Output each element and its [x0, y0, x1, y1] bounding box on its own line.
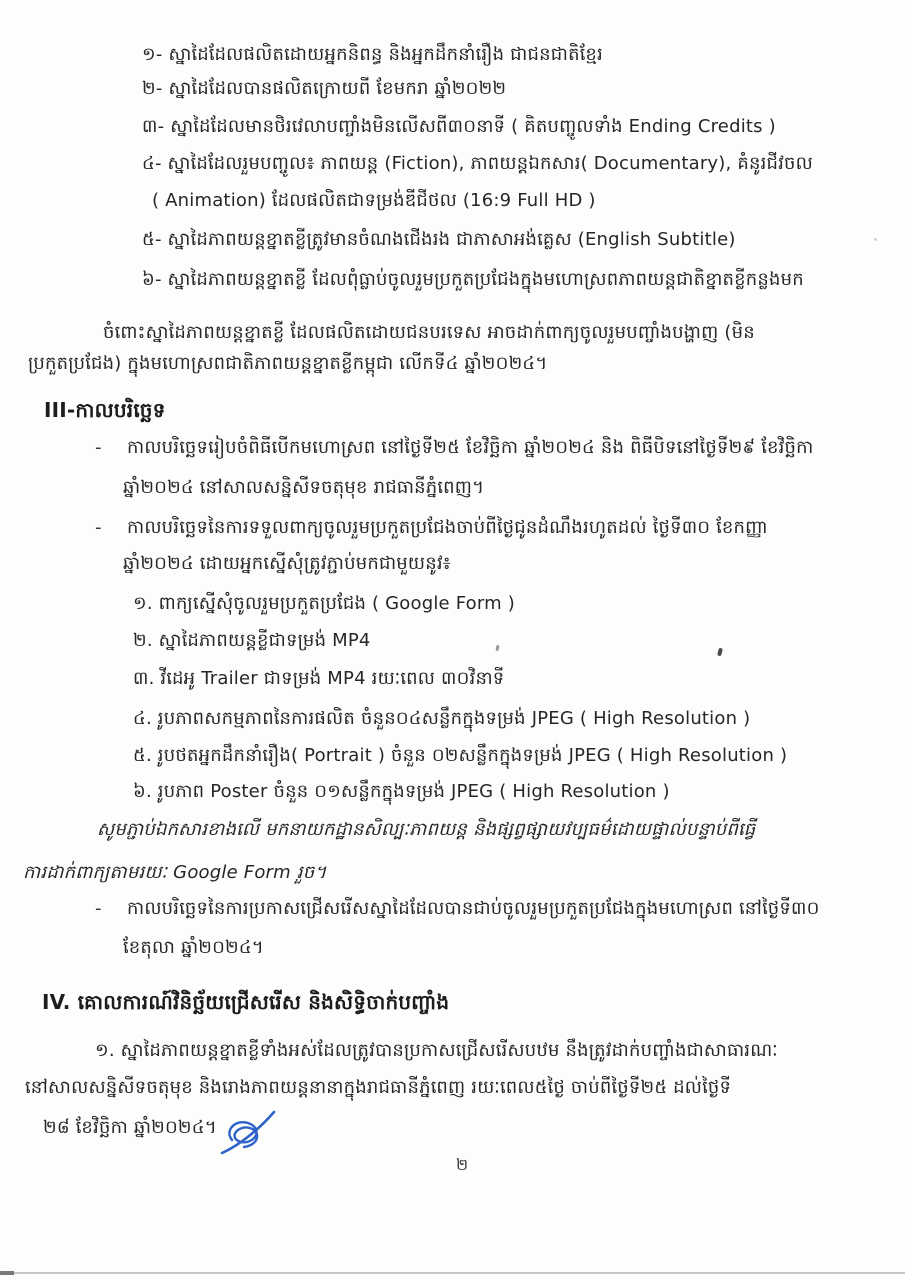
scan-bottom-edge-cap [0, 1271, 14, 1275]
pen-scribble [210, 1106, 282, 1158]
bullet-dash: - [95, 435, 102, 461]
dates-bullet-3-line-1: កាលបរិច្ឆេទនៃការប្រកាសជ្រើសរើសស្នាដៃដែលប… [127, 896, 820, 922]
dates-bullet-2-line-2: ឆ្នាំ២០២៤ ដោយអ្នកស្នើសុំត្រូវភ្ជាប់មកជាម… [123, 551, 451, 577]
scanned-document-page: ១- ស្នាដៃដែលផលិតដោយអ្នកនិពន្ធ និងអ្នកដឹក… [0, 0, 905, 1280]
attachment-item-4: ៤. រូបភាពសកម្មភាពនៃការផលិត ចំនួន០៤សន្លឹក… [133, 706, 750, 732]
attachment-item-1: ១. ពាក្យស្នើសុំចូលរួមប្រកួតប្រជែង ( Goog… [133, 591, 515, 617]
submit-note-line-1: សូមភ្ជាប់ឯកសារខាងលើ មកនាយកដ្ឋានសិល្បៈភាព… [97, 817, 755, 843]
bullet-dash: - [95, 896, 102, 922]
eligibility-item-2: ២- ស្នាដៃដែលបានផលិតក្រោយពី ខែមករា ឆ្នាំ២… [142, 76, 506, 102]
screening-para-line-3: ២៨ ខែវិច្ឆិកា ឆ្នាំ២០២៤។ [43, 1115, 217, 1141]
dates-bullet-3-line-2: ខែតុលា ឆ្នាំ២០២៤។ [123, 935, 264, 961]
attachment-item-3: ៣. វីដេអូ Trailer ជាទម្រង់ MP4 រយៈពេល ៣០… [133, 666, 504, 692]
bullet-dash: - [95, 515, 102, 541]
scan-speck [717, 648, 723, 657]
foreign-note-line-1: ចំពោះស្នាដៃភាពយន្តខ្នាតខ្លី ដែលផលិតដោយជន… [103, 320, 755, 346]
attachment-item-2: ២. ស្នាដៃភាពយន្តខ្លីជាទម្រង់ MP4 [133, 628, 371, 654]
section-iii-heading: III-កាលបរិច្ឆេទ [44, 396, 166, 425]
eligibility-item-6: ៦- ស្នាដៃភាពយន្តខ្នាតខ្លី ដែលពុំធ្លាប់ចូ… [142, 267, 804, 293]
screening-para-line-1: ១. ស្នាដៃភាពយន្តខ្នាតខ្លីទាំងអស់ដែលត្រូវ… [95, 1038, 778, 1064]
eligibility-item-5: ៥- ស្នាដៃភាពយន្តខ្នាតខ្លីត្រូវមានចំណងជើង… [142, 227, 736, 253]
screening-para-line-2: នៅសាលសន្និសីទចតុមុខ និងរោងភាពយន្តនានាក្ន… [25, 1075, 731, 1101]
scan-speck [874, 238, 877, 241]
dates-bullet-2-line-1: កាលបរិច្ឆេទនៃការទទួលពាក្យចូលរួមប្រកួតប្រ… [127, 515, 768, 541]
attachment-item-5: ៥. រូបថតអ្នកដឹកនាំរឿង( Portrait ) ចំនួន … [133, 743, 787, 769]
scan-speck [496, 645, 500, 651]
page-number: ២ [456, 1153, 468, 1176]
foreign-note-line-2: ប្រកួតប្រជែង) ក្នុងមហោស្រពជាតិភាពយន្តខ្ន… [28, 351, 547, 377]
submit-note-line-2: ការដាក់ពាក្យតាមរយៈ Google Form រួច។ [23, 860, 326, 886]
eligibility-item-4-line-2: ( Animation) ដែលផលិតជាទម្រង់ឌីជីថល (16:9… [152, 188, 596, 214]
eligibility-item-3: ៣- ស្នាដៃដែលមានថិរវេលាបញ្ចាំងមិនលើសពី៣០ន… [142, 114, 776, 140]
scan-bottom-edge [0, 1272, 905, 1274]
dates-bullet-1-line-1: កាលបរិច្ឆេទរៀបចំពិធីបើកមហោស្រព នៅថ្ងៃទី២… [127, 435, 814, 461]
eligibility-item-4-line-1: ៤- ស្នាដៃដែលរួមបញ្ចូល៖ ភាពយន្ត (Fiction)… [142, 151, 813, 177]
attachment-item-6: ៦. រូបភាព Poster ចំនួន ០១សន្លឹកក្នុងទម្រ… [133, 779, 670, 805]
eligibility-item-1: ១- ស្នាដៃដែលផលិតដោយអ្នកនិពន្ធ និងអ្នកដឹក… [142, 42, 603, 68]
section-iv-heading: IV. គោលការណ៍វិនិច្ឆ័យជ្រើសរើស និងសិទ្ធិច… [42, 988, 449, 1017]
dates-bullet-1-line-2: ឆ្នាំ២០២៤ នៅសាលសន្និសីទចតុមុខ រាជធានីភ្ន… [123, 475, 484, 501]
